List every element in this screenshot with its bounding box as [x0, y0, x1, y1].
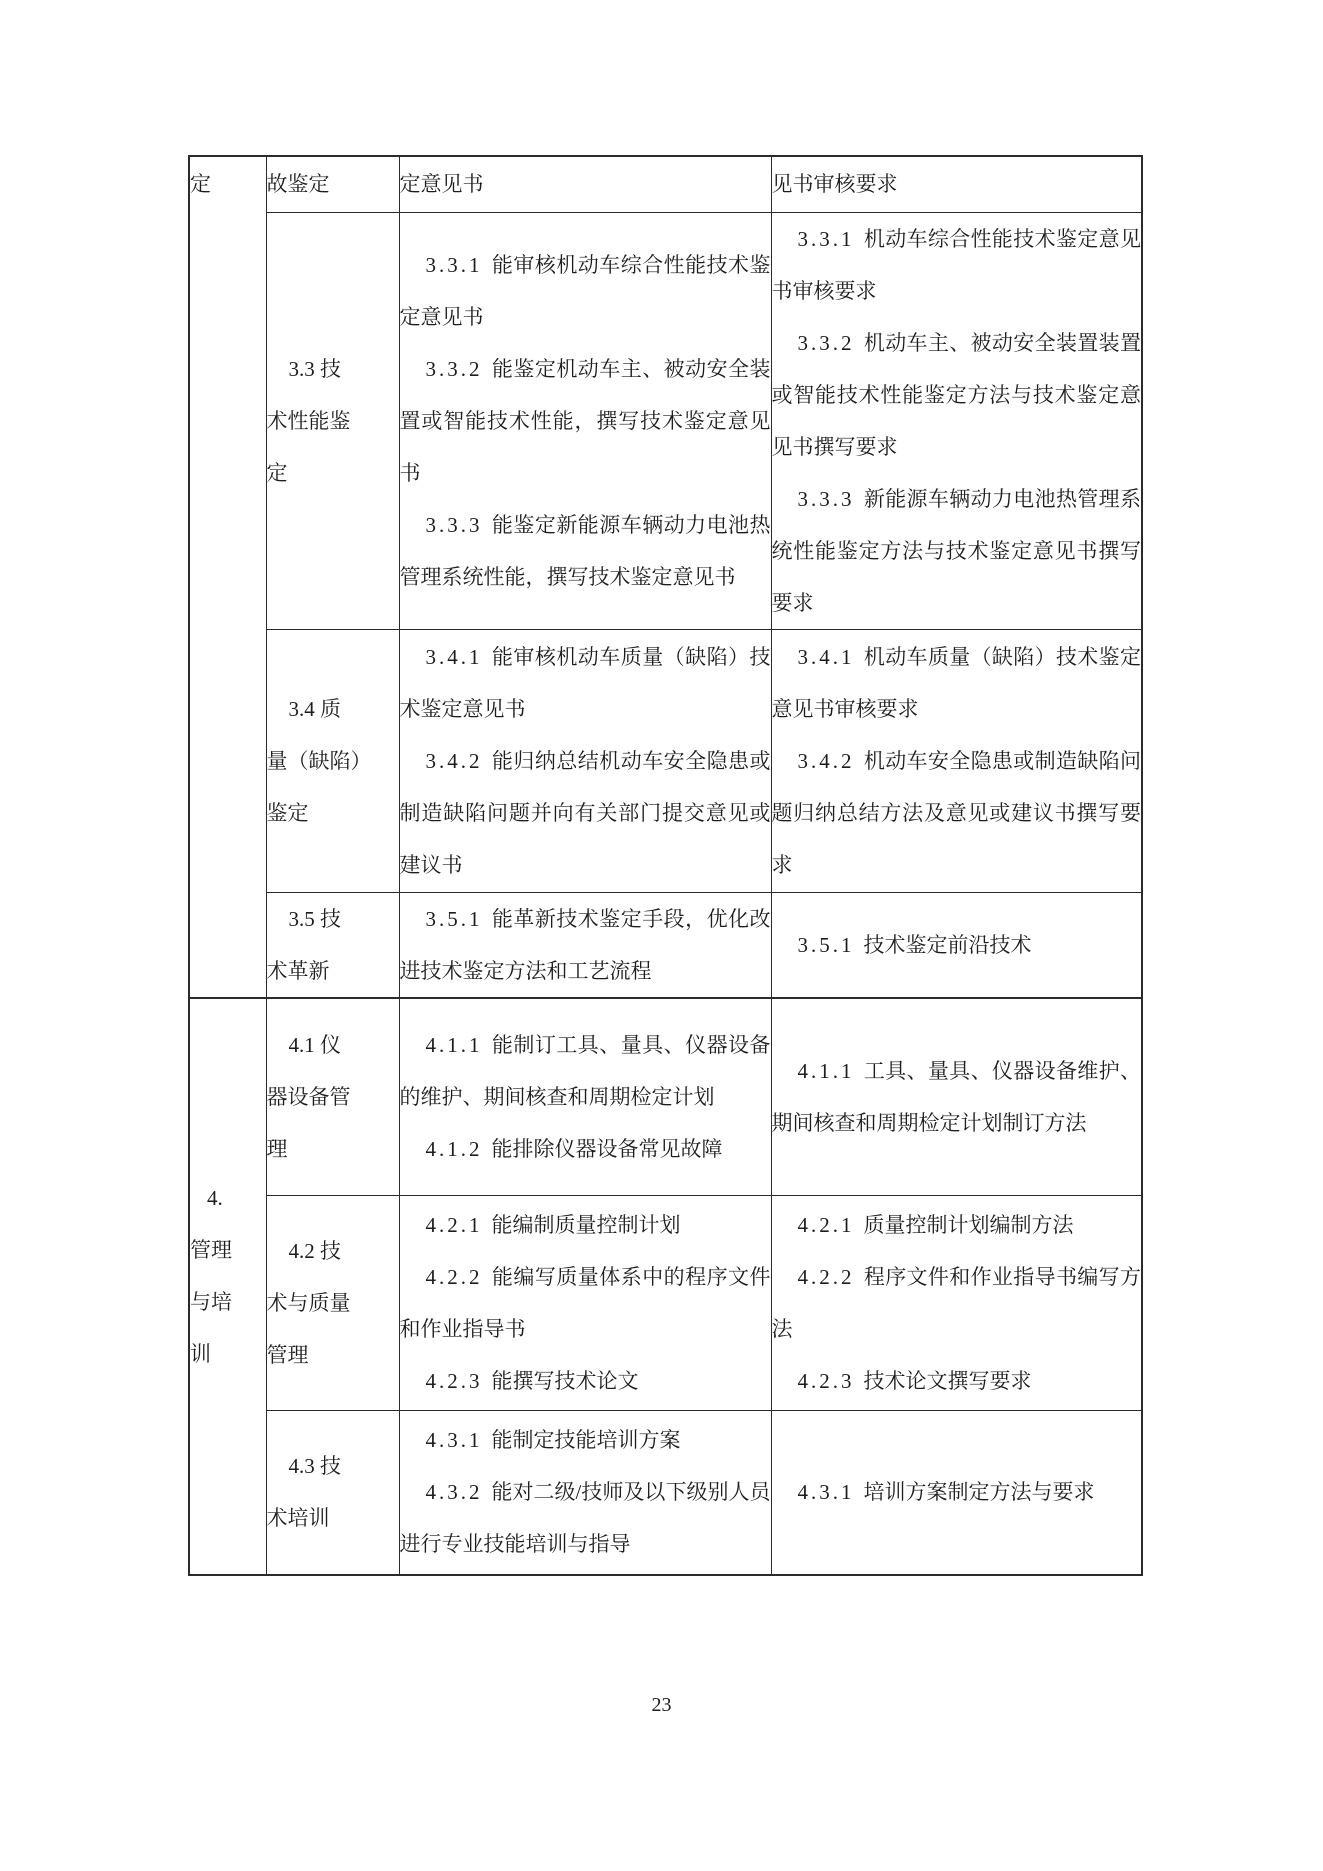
knowledge-requirement-item: 3.3.2机动车主、被动安全装置装置或智能技术性能鉴定方法与技术鉴定意见书撰写要…	[772, 317, 1142, 473]
knowledge-requirement-item: 见书审核要求	[772, 157, 1142, 211]
group-label-line: 与培	[190, 1276, 266, 1328]
subskill-label-line: 术革新	[267, 945, 399, 997]
item-number: 4.2.3	[426, 1369, 483, 1393]
subskill-label-line: 管理	[267, 1329, 399, 1381]
skill-requirement-item: 3.4.2能归纳总结机动车安全隐患或制造缺陷问题并向有关部门提交意见或建议书	[400, 735, 771, 891]
group-label-line: 4.	[190, 1172, 266, 1224]
table-row: 3.4 质量（缺陷）鉴定3.4.1能审核机动车质量（缺陷）技术鉴定意见书3.4.…	[189, 629, 1142, 892]
subskill-label-line: 定	[267, 447, 399, 499]
subskill-label-line: 4.1 仪	[267, 1019, 399, 1071]
table-row: 4.2 技术与质量管理4.2.1能编制质量控制计划4.2.2能编写质量体系中的程…	[189, 1196, 1142, 1411]
subskill-label-line: 4.2 技	[267, 1225, 399, 1277]
knowledge-requirements-cell: 4.1.1工具、量具、仪器设备维护、期间核查和周期检定计划制订方法	[771, 998, 1142, 1196]
skill-requirement-item: 定意见书	[400, 157, 771, 211]
subskill-label-cell: 故鉴定	[266, 156, 399, 212]
item-number: 3.4.1	[426, 645, 483, 669]
subskill-label-line: 3.3 技	[267, 343, 399, 395]
skill-requirement-item: 4.1.2能排除仪器设备常见故障	[400, 1123, 771, 1175]
knowledge-requirement-item: 3.4.2机动车安全隐患或制造缺陷问题归纳总结方法及意见或建议书撰写要求	[772, 735, 1142, 891]
item-number: 4.2.2	[426, 1265, 483, 1289]
subskill-label-cell: 4.2 技术与质量管理	[266, 1196, 399, 1411]
subskill-label-line: 术性能鉴	[267, 395, 399, 447]
skill-requirement-item: 3.3.2能鉴定机动车主、被动安全装置或智能技术性能，撰写技术鉴定意见书	[400, 343, 771, 499]
subskill-label-line: 故鉴定	[267, 157, 399, 211]
group-label-cell: 定	[189, 156, 266, 998]
item-number: 4.3.2	[426, 1480, 483, 1504]
item-number: 3.3.2	[426, 357, 483, 381]
item-number: 3.3.2	[798, 331, 855, 355]
table-row: 3.3 技术性能鉴定3.3.1能审核机动车综合性能技术鉴定意见书3.3.2能鉴定…	[189, 212, 1142, 629]
skill-requirements-cell: 3.4.1能审核机动车质量（缺陷）技术鉴定意见书3.4.2能归纳总结机动车安全隐…	[399, 629, 771, 892]
knowledge-requirements-cell: 见书审核要求	[771, 156, 1142, 212]
knowledge-requirement-item: 4.2.1质量控制计划编制方法	[772, 1199, 1142, 1251]
item-number: 4.1.1	[426, 1033, 483, 1057]
item-number: 3.3.3	[426, 513, 483, 537]
item-number: 4.1.1	[798, 1059, 855, 1083]
knowledge-requirement-item: 3.5.1技术鉴定前沿技术	[772, 919, 1142, 971]
group-label-cell: 4.管理与培训	[189, 998, 266, 1575]
subskill-label-cell: 3.4 质量（缺陷）鉴定	[266, 629, 399, 892]
item-number: 3.3.1	[426, 253, 483, 277]
item-number: 4.2.3	[798, 1369, 855, 1393]
page-number: 23	[0, 1694, 1323, 1717]
subskill-label-cell: 3.5 技术革新	[266, 892, 399, 998]
subskill-label-line: 器设备管	[267, 1071, 399, 1123]
knowledge-requirement-item: 4.2.3技术论文撰写要求	[772, 1355, 1142, 1407]
item-number: 3.3.1	[798, 227, 855, 251]
knowledge-requirement-item: 4.2.2程序文件和作业指导书编写方法	[772, 1251, 1142, 1355]
table-row: 3.5 技术革新3.5.1能革新技术鉴定手段，优化改进技术鉴定方法和工艺流程3.…	[189, 892, 1142, 998]
item-number: 3.5.1	[426, 907, 483, 931]
knowledge-requirement-item: 3.4.1机动车质量（缺陷）技术鉴定意见书审核要求	[772, 631, 1142, 735]
skill-requirement-item: 4.3.2能对二级/技师及以下级别人员进行专业技能培训与指导	[400, 1466, 771, 1570]
subskill-label-line: 量（缺陷）	[267, 735, 399, 787]
skill-requirement-item: 4.2.1能编制质量控制计划	[400, 1199, 771, 1251]
skill-requirements-cell: 4.3.1能制定技能培训方案4.3.2能对二级/技师及以下级别人员进行专业技能培…	[399, 1411, 771, 1575]
document-page: 定故鉴定定意见书见书审核要求3.3 技术性能鉴定3.3.1能审核机动车综合性能技…	[0, 0, 1323, 1871]
skill-requirements-cell: 3.3.1能审核机动车综合性能技术鉴定意见书3.3.2能鉴定机动车主、被动安全装…	[399, 212, 771, 629]
item-number: 4.3.1	[426, 1428, 483, 1452]
subskill-label-cell: 4.1 仪器设备管理	[266, 998, 399, 1196]
skill-requirement-item: 4.1.1能制订工具、量具、仪器设备的维护、期间核查和周期检定计划	[400, 1019, 771, 1123]
skill-requirement-item: 4.2.2能编写质量体系中的程序文件和作业指导书	[400, 1251, 771, 1355]
skill-requirement-item: 4.2.3能撰写技术论文	[400, 1355, 771, 1407]
skill-requirement-item: 3.5.1能革新技术鉴定手段，优化改进技术鉴定方法和工艺流程	[400, 893, 771, 997]
subskill-label-cell: 3.3 技术性能鉴定	[266, 212, 399, 629]
subskill-label-cell: 4.3 技术培训	[266, 1411, 399, 1575]
skill-requirement-item: 3.3.3能鉴定新能源车辆动力电池热管理系统性能，撰写技术鉴定意见书	[400, 499, 771, 603]
knowledge-requirements-cell: 3.5.1技术鉴定前沿技术	[771, 892, 1142, 998]
knowledge-requirement-item: 4.1.1工具、量具、仪器设备维护、期间核查和周期检定计划制订方法	[772, 1045, 1142, 1149]
skill-requirement-item: 4.3.1能制定技能培训方案	[400, 1414, 771, 1466]
knowledge-requirement-item: 3.3.3新能源车辆动力电池热管理系统性能鉴定方法与技术鉴定意见书撰写要求	[772, 473, 1142, 629]
group-label-line: 定	[190, 157, 266, 211]
subskill-label-line: 3.5 技	[267, 893, 399, 945]
item-number: 4.2.2	[798, 1265, 855, 1289]
group-label-line: 训	[190, 1328, 266, 1380]
skill-requirements-cell: 3.5.1能革新技术鉴定手段，优化改进技术鉴定方法和工艺流程	[399, 892, 771, 998]
subskill-label-line: 术与质量	[267, 1277, 399, 1329]
item-number: 4.2.1	[798, 1213, 855, 1237]
group-label-line: 管理	[190, 1224, 266, 1276]
skills-table: 定故鉴定定意见书见书审核要求3.3 技术性能鉴定3.3.1能审核机动车综合性能技…	[188, 155, 1143, 1576]
subskill-label-line: 理	[267, 1123, 399, 1175]
skill-requirements-cell: 定意见书	[399, 156, 771, 212]
table-row: 4.管理与培训4.1 仪器设备管理4.1.1能制订工具、量具、仪器设备的维护、期…	[189, 998, 1142, 1196]
table-row: 定故鉴定定意见书见书审核要求	[189, 156, 1142, 212]
item-number: 4.1.2	[426, 1137, 483, 1161]
item-number: 3.4.2	[426, 749, 483, 773]
item-number: 3.3.3	[798, 487, 855, 511]
subskill-label-line: 鉴定	[267, 787, 399, 839]
item-number: 3.4.2	[798, 749, 855, 773]
item-number: 3.4.1	[798, 645, 855, 669]
skill-requirement-item: 3.4.1能审核机动车质量（缺陷）技术鉴定意见书	[400, 631, 771, 735]
item-number: 3.5.1	[798, 933, 855, 957]
item-number: 4.3.1	[798, 1480, 855, 1504]
knowledge-requirements-cell: 4.2.1质量控制计划编制方法4.2.2程序文件和作业指导书编写方法4.2.3技…	[771, 1196, 1142, 1411]
subskill-label-line: 3.4 质	[267, 683, 399, 735]
knowledge-requirement-item: 4.3.1培训方案制定方法与要求	[772, 1466, 1142, 1518]
item-number: 4.2.1	[426, 1213, 483, 1237]
knowledge-requirement-item: 3.3.1机动车综合性能技术鉴定意见书审核要求	[772, 213, 1142, 317]
skill-requirements-cell: 4.2.1能编制质量控制计划4.2.2能编写质量体系中的程序文件和作业指导书4.…	[399, 1196, 771, 1411]
knowledge-requirements-cell: 4.3.1培训方案制定方法与要求	[771, 1411, 1142, 1575]
skill-requirements-cell: 4.1.1能制订工具、量具、仪器设备的维护、期间核查和周期检定计划4.1.2能排…	[399, 998, 771, 1196]
subskill-label-line: 术培训	[267, 1492, 399, 1544]
knowledge-requirements-cell: 3.3.1机动车综合性能技术鉴定意见书审核要求3.3.2机动车主、被动安全装置装…	[771, 212, 1142, 629]
skills-table-body: 定故鉴定定意见书见书审核要求3.3 技术性能鉴定3.3.1能审核机动车综合性能技…	[189, 156, 1142, 1575]
skill-requirement-item: 3.3.1能审核机动车综合性能技术鉴定意见书	[400, 239, 771, 343]
knowledge-requirements-cell: 3.4.1机动车质量（缺陷）技术鉴定意见书审核要求3.4.2机动车安全隐患或制造…	[771, 629, 1142, 892]
table-row: 4.3 技术培训4.3.1能制定技能培训方案4.3.2能对二级/技师及以下级别人…	[189, 1411, 1142, 1575]
subskill-label-line: 4.3 技	[267, 1440, 399, 1492]
